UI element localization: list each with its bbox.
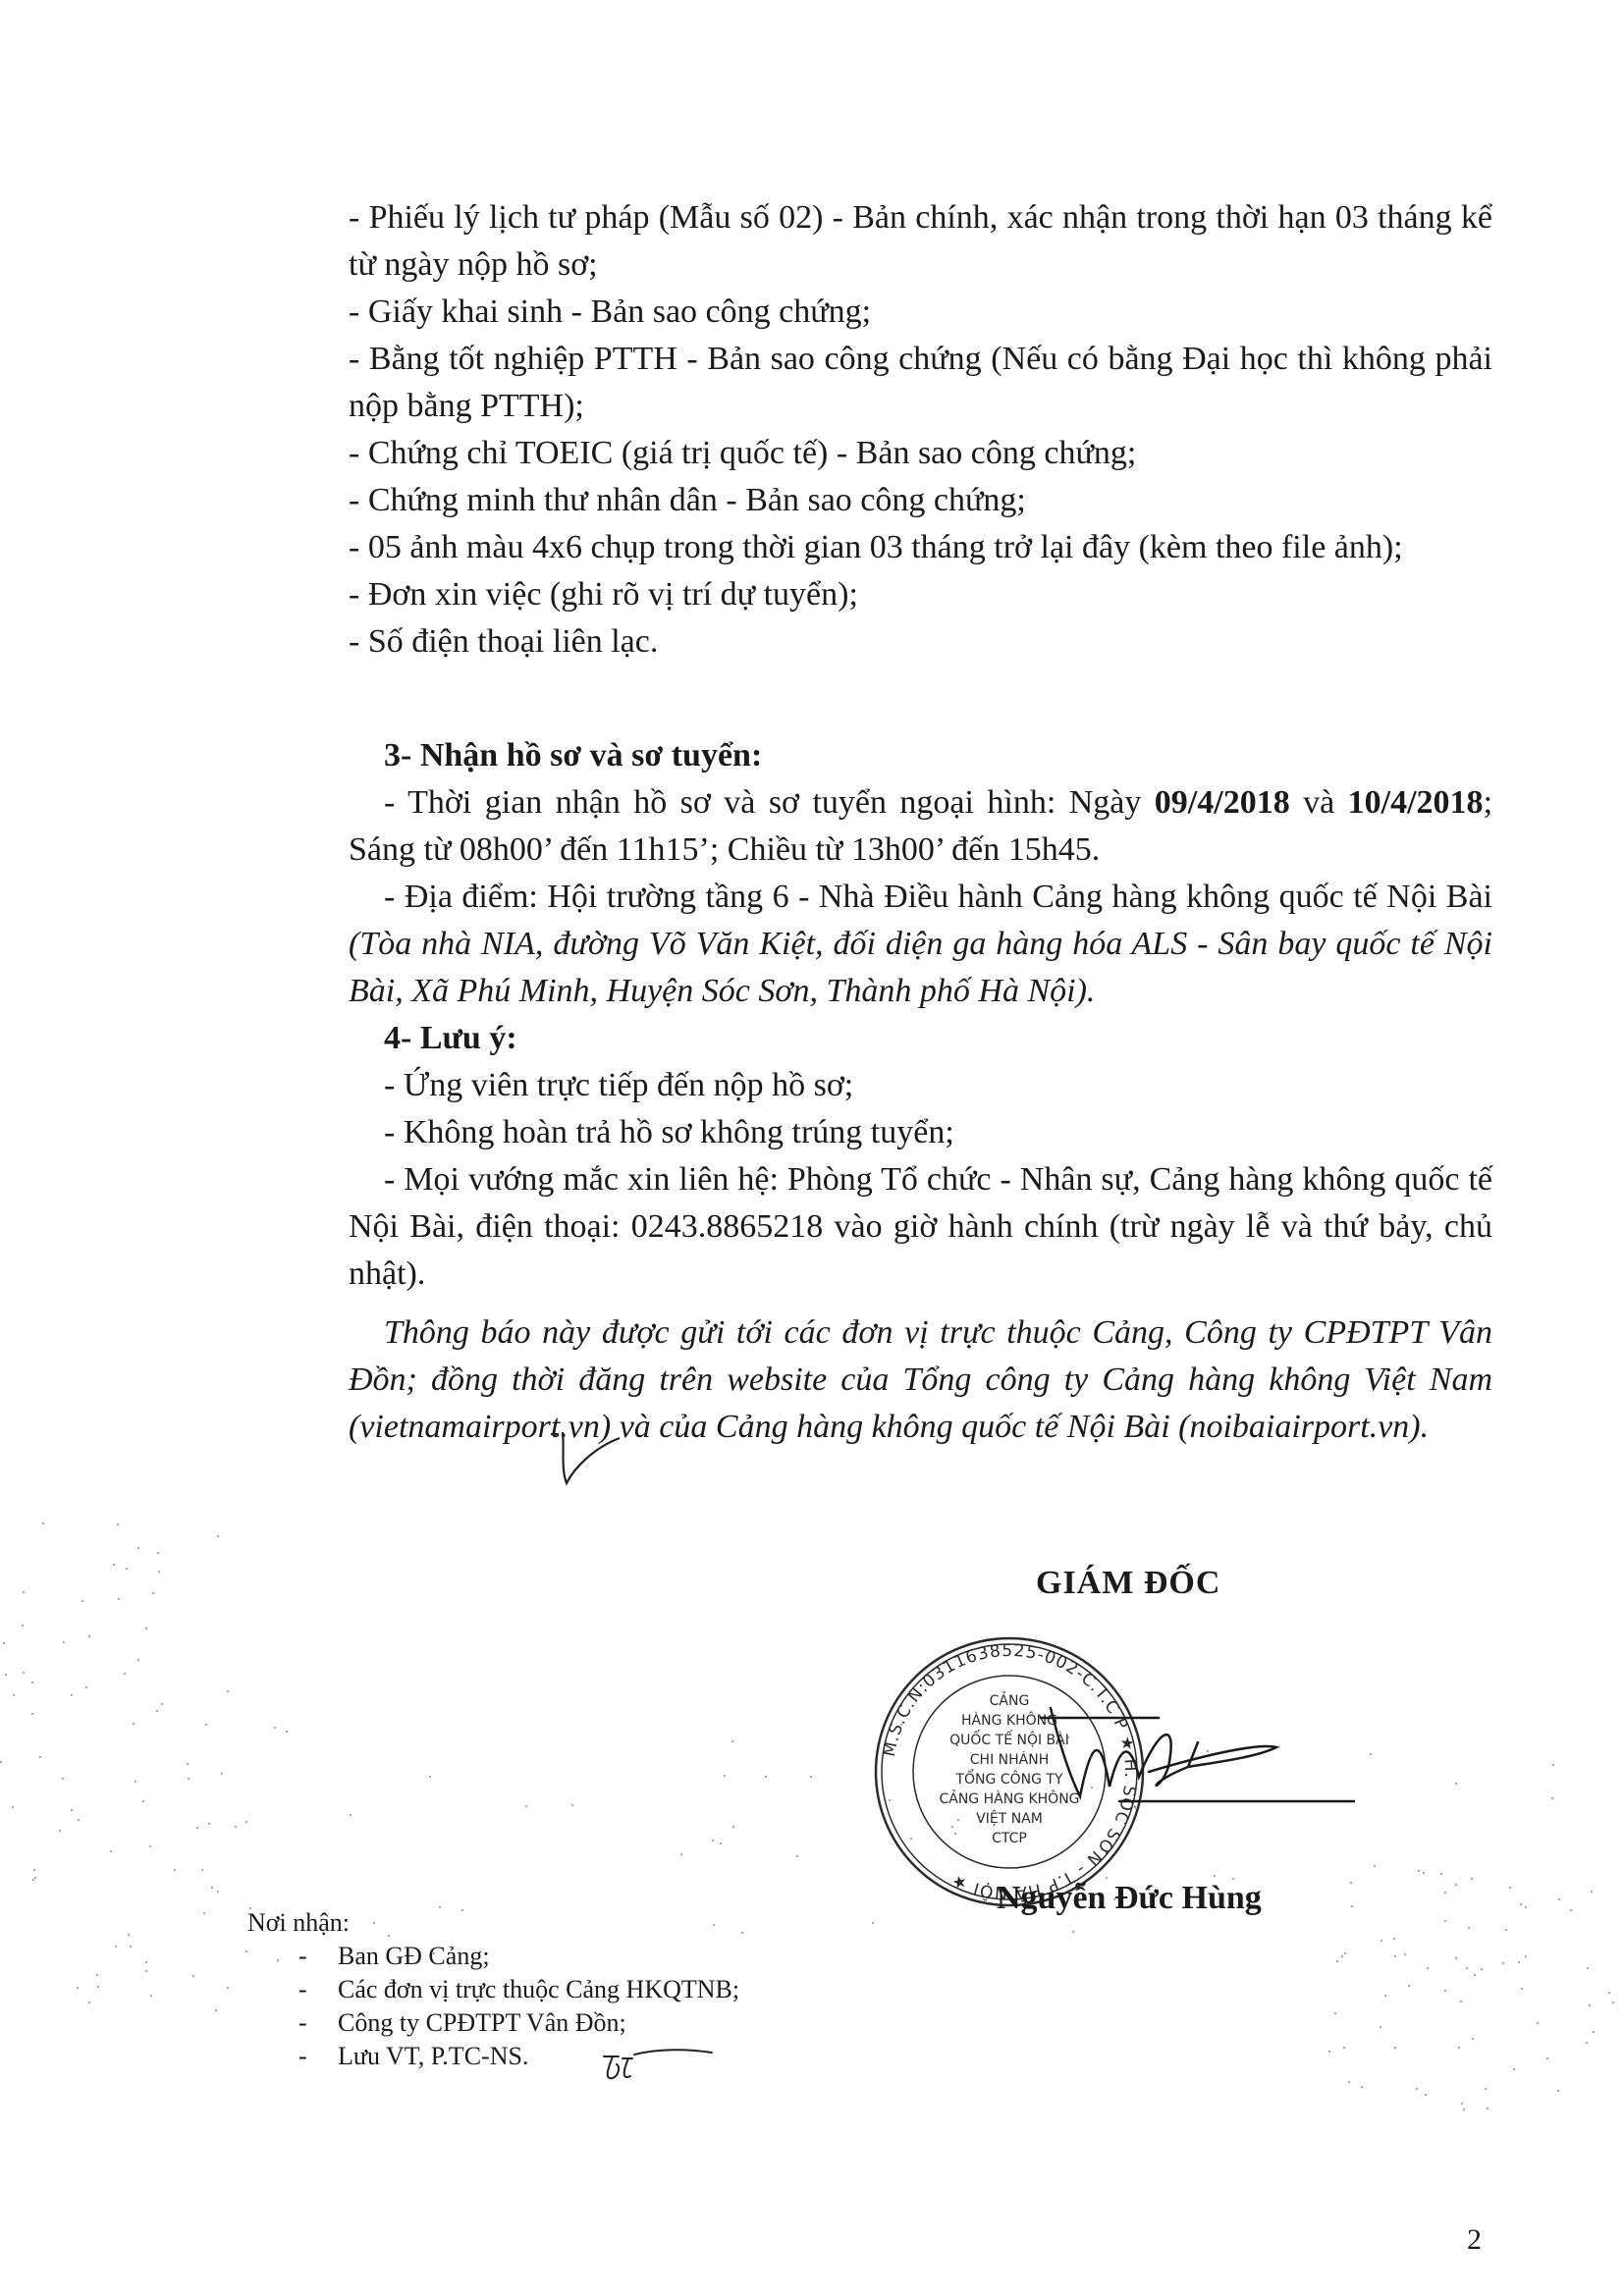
scan-speck [161,1703,163,1705]
scan-speck [1394,1955,1396,1957]
scan-speck [85,1686,87,1688]
scan-speck [1612,2002,1614,2003]
scan-speck [1537,2022,1539,2024]
section-4-heading: 4- Lưu ý: [349,1015,1492,1062]
scan-speck [373,1922,375,1924]
scan-speck [1416,2088,1418,2090]
page-number: 2 [1467,2223,1482,2257]
scan-speck [208,1823,210,1825]
scan-speck [1593,2031,1595,2033]
scan-speck [145,1970,147,1972]
reception-time: - Thời gian nhận hồ sơ và sơ tuyển ngoại… [349,779,1492,874]
scan-speck [188,1778,189,1780]
location-text: - Địa điểm: Hội trường tầng 6 - Nhà Điều… [384,879,1492,915]
scan-speck [720,1842,722,1844]
svg-text:CTCP: CTCP [992,1831,1027,1846]
recipient-item: -Ban GĐ Cảng; [247,1940,739,1973]
scan-speck [1440,1873,1442,1875]
scan-speck [1525,1955,1527,1957]
scan-speck [1418,1870,1420,1872]
scan-speck [130,1946,132,1948]
scan-speck [1455,1884,1457,1886]
scan-speck [81,1600,83,1602]
scan-speck [1374,1865,1376,1867]
scan-speck [1468,1927,1470,1929]
scan-speck [1427,1967,1429,1969]
scan-speck [1502,1962,1504,1964]
recipient-item: -Các đơn vị trực thuộc Cảng HKQTNB; [247,1973,739,2006]
scan-speck [1460,2001,1462,2002]
list-item: - Chứng chỉ TOEIC (giá trị quốc tế) - Bả… [349,430,1492,477]
scan-speck [31,1682,33,1683]
scan-speck [157,1552,159,1554]
recipients-label: Nơi nhận: [247,1906,739,1940]
scan-speck [810,1776,812,1778]
scan-speck [88,2002,90,2003]
scan-speck [1455,1957,1457,1959]
list-item: - Chứng minh thư nhân dân - Bản sao công… [349,477,1492,524]
scan-speck [796,1855,798,1857]
scan-speck [32,1879,34,1881]
scan-speck [1341,1955,1343,1957]
document-page: - Phiếu lý lịch tư pháp (Mẫu số 02) - Bả… [0,0,1624,2296]
scan-speck [1350,1882,1352,1884]
scan-speck [1370,1753,1372,1755]
scan-speck [1487,2108,1489,2109]
scan-speck [135,1781,136,1783]
scan-speck [1521,1988,1523,1990]
scan-speck [71,1809,73,1811]
scan-speck [126,1568,128,1570]
list-item: - Đơn xin việc (ghi rõ vị trí dự tuyển); [349,571,1492,618]
scan-speck [97,1986,99,1988]
scan-speck [1458,2047,1460,2049]
scan-speck [145,1961,147,1963]
scan-speck [1343,2047,1345,2049]
recipient-text: Lưu VT, P.TC-NS. [338,2040,528,2073]
scan-speck [731,1740,733,1742]
scan-speck [137,1547,139,1549]
scan-speck [235,1826,237,1828]
scan-speck [1591,1891,1593,1893]
scan-speck [388,1935,390,1937]
reception-date-2: 10/4/2018 [1348,784,1484,821]
scan-speck [1586,2042,1588,2044]
scan-speck [1425,2094,1427,2096]
scan-speck [571,1804,573,1806]
scan-speck [150,1995,152,1997]
scan-speck [34,1877,36,1879]
scan-speck [1444,1892,1446,1894]
scan-speck [713,1924,715,1926]
scan-speck [77,1987,79,1989]
scan-speck [1589,2004,1591,2006]
scan-speck [152,1592,154,1594]
recipient-text: Ban GĐ Cảng; [338,1940,490,1973]
scan-speck [1334,2012,1336,2014]
scan-speck [0,1761,2,1763]
scan-speck [145,1628,147,1629]
scan-speck [1466,1967,1468,1969]
scan-speck [88,1635,90,1637]
list-item: - Số điện thoại liên lạc. [349,618,1492,666]
scan-speck [1351,1905,1353,1907]
scan-speck [1394,2047,1396,2049]
scan-speck [245,1821,247,1823]
recipient-text: Các đơn vị trực thuộc Cảng HKQTNB; [338,1973,739,2006]
svg-text:CẢNG: CẢNG [990,1691,1030,1709]
scan-speck [42,1522,44,1524]
section-3-heading: 3- Nhận hồ sơ và sơ tuyển: [349,732,1492,779]
scan-speck [889,1799,891,1801]
scan-speck [71,1694,73,1696]
scan-speck [196,1827,198,1829]
scan-speck [439,1906,441,1908]
recipient-item: -Công ty CPĐTPT Vân Đồn; [247,2006,739,2040]
scan-speck [1608,1992,1610,1994]
list-item: - Bằng tốt nghiệp PTTH - Bản sao công ch… [349,336,1492,430]
scan-speck [118,1598,120,1600]
scan-speck [1474,1974,1476,1976]
scan-speck [1587,1967,1589,1969]
scan-speck [227,1690,229,1692]
scan-speck [1525,1906,1527,1908]
scan-speck [5,1674,7,1676]
scan-speck [1380,2026,1381,2028]
scan-speck [1384,1995,1386,1997]
scan-speck [724,1775,726,1777]
scan-speck [1472,2038,1474,2040]
scan-speck [156,1710,158,1712]
location-detail: (Tòa nhà NIA, đường Võ Văn Kiệt, đối diệ… [349,926,1492,1009]
required-documents-list: - Phiếu lý lịch tư pháp (Mẫu số 02) - Bả… [349,194,1492,666]
scan-speck [1207,1750,1209,1752]
scan-speck [1393,1938,1395,1940]
scan-speck [1518,1961,1520,1963]
scan-speck [1455,1783,1457,1785]
scan-speck [23,1672,25,1674]
scan-speck [680,1853,682,1855]
scan-speck [1336,1960,1338,1962]
scan-speck [712,1840,714,1842]
scan-speck [274,1727,276,1729]
scan-speck [350,1814,352,1816]
reception-time-and: và [1290,784,1348,821]
scan-speck [1344,1952,1346,1954]
handwritten-initials-icon [599,2047,717,2086]
scan-speck [1444,1920,1446,1922]
scan-speck [1471,1878,1473,1880]
scan-speck [142,1800,144,1802]
scan-speck [1551,1797,1553,1799]
scan-speck [1546,2057,1548,2059]
scan-speck [741,1932,743,1934]
list-item: - Phiếu lý lịch tư pháp (Mẫu số 02) - Bả… [349,194,1492,289]
scan-speck [221,1773,223,1775]
note-item: - Ứng viên trực tiếp đến nộp hồ sơ; [349,1062,1492,1109]
scan-speck [187,1763,189,1765]
scan-speck [957,1819,959,1821]
note-item-contact: - Mọi vướng mắc xin liên hệ: Phòng Tổ ch… [349,1156,1492,1298]
scan-speck [1481,1968,1483,1970]
scan-speck [1328,2051,1330,2053]
scan-speck [215,2009,217,2011]
scan-speck [39,1756,41,1758]
scan-speck [23,1591,25,1593]
scan-speck [59,1830,61,1832]
scan-speck [205,1724,207,1726]
scan-speck [1072,1931,1074,1933]
scan-speck [1463,2109,1465,2110]
scan-speck [1404,1953,1406,1955]
handwritten-tick-icon [545,1428,623,1487]
handwritten-signature-icon [1031,1688,1355,1836]
list-item: - 05 ảnh màu 4x6 chụp trong thời gian 03… [349,524,1492,571]
scan-speck [62,1778,64,1780]
recipient-text: Công ty CPĐTPT Vân Đồn; [338,2006,626,2040]
scan-speck [1361,2086,1363,2088]
scan-speck [115,1946,117,1948]
scan-speck [211,1887,213,1889]
scan-speck [429,1776,431,1778]
scan-speck [217,1535,219,1537]
scan-speck [525,1805,527,1807]
scan-speck [174,1869,176,1871]
note-item: - Không hoàn trả hồ sơ không trúng tuyển… [349,1109,1492,1156]
scan-speck [1557,2090,1559,2092]
scan-speck [13,1694,15,1696]
scan-speck [33,1869,35,1871]
scan-speck [1380,1940,1382,1942]
scan-speck [12,1806,14,1808]
reception-time-text: - Thời gian nhận hồ sơ và sơ tuyển ngoại… [384,784,1155,821]
scan-speck [158,1571,160,1573]
scan-speck [78,1819,80,1821]
scan-speck [201,1869,203,1871]
reception-location: - Địa điểm: Hội trường tầng 6 - Nhà Điều… [349,874,1492,1015]
scan-speck [113,1564,115,1566]
scan-speck [133,1723,135,1725]
scan-speck [3,1642,5,1644]
scan-speck [765,1776,767,1778]
scan-speck [31,1713,33,1715]
signer-name: Nguyễn Đức Hùng [997,1880,1262,1917]
reception-date-1: 09/4/2018 [1155,784,1290,821]
scan-speck [1461,2103,1463,2105]
closing-paragraph: Thông báo này được gửi tới các đơn vị tr… [349,1309,1492,1451]
signer-title: GIÁM ĐỐC [1036,1565,1220,1602]
scan-speck [22,1625,24,1627]
scan-speck [128,1934,130,1936]
scan-speck [732,1826,734,1828]
list-item: - Giấy khai sinh - Bản sao công chứng; [349,289,1492,336]
scan-speck [1509,1887,1511,1889]
scan-speck [149,1845,151,1847]
scan-speck [124,1673,126,1675]
scan-speck [203,1912,205,1914]
scan-speck [1423,1872,1425,1874]
scan-speck [910,1838,912,1840]
scan-speck [872,1922,874,1924]
scan-speck [1348,2081,1350,2083]
scan-speck [245,1950,247,1952]
scan-speck [96,1974,98,1976]
scan-speck [1408,1985,1410,1987]
scan-speck [1570,1909,1572,1911]
scan-speck [1552,1764,1554,1766]
scan-speck [1444,1990,1446,1992]
section-3: 3- Nhận hồ sơ và sơ tuyển: - Thời gian n… [349,732,1492,1298]
scan-speck [110,1850,112,1852]
scan-speck [217,1891,219,1893]
scan-speck [192,1975,194,1977]
scan-speck [227,1987,229,1989]
scan-speck [286,1731,288,1733]
scan-speck [1513,2068,1515,2070]
scan-speck [1558,1898,1560,1900]
scan-speck [1520,1903,1522,1905]
scan-speck [137,1659,139,1661]
scan-speck [117,1523,119,1525]
scan-speck [1505,1929,1507,1931]
scan-speck [1214,1875,1216,1877]
scan-speck [63,1641,65,1643]
scan-speck [1485,2088,1487,2090]
